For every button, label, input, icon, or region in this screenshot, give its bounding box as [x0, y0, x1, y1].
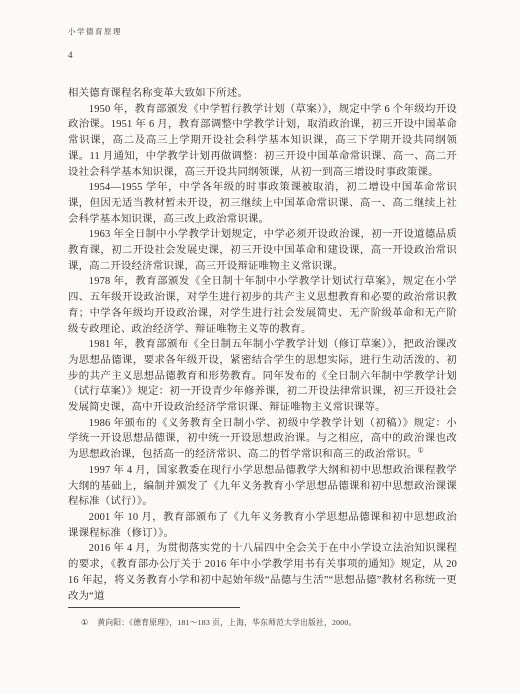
paragraph-2016: 2016 年 4 月，为贯彻落实党的十八届四中全会关于在中小学设立法治知识课程的…: [68, 541, 457, 604]
footnote-marker: ①: [81, 618, 88, 627]
paragraph-2001: 2001 年 10 月，教育部颁布了《九年义务教育小学思想品德课和初中思想政治课…: [68, 510, 457, 541]
paragraph-1986-text: 1986 年颁布的《义务教育全日制小学、初级中学教学计划（初稿）》规定：小学统一…: [68, 418, 457, 460]
footnote-area: ①黄向阳：《德育原理》，181～183 页，上海，华东师范大学出版社，2000。: [68, 607, 457, 628]
paragraph-1997: 1997 年 4 月，国家教委在现行小学思想品德教学大纲和初中思想政治课程教学大…: [68, 463, 457, 510]
paragraph-1978: 1978 年，教育部颁发《全日制十年制中小学教学计划试行草案》，规定在小学四、五…: [68, 274, 457, 337]
running-header: 小学德育原理: [68, 26, 456, 37]
paragraph-1981: 1981 年，教育部颁布《全日制五年制小学教学计划（修订草案）》，把政治课改为思…: [68, 337, 457, 416]
paragraph-1986: 1986 年颁布的《义务教育全日制小学、初级中学教学计划（初稿）》规定：小学统一…: [68, 416, 457, 463]
page-body: 相关德育课程名称变革大致如下所述。 1950 年，教育部颁发《中学暂行教学计划（…: [68, 86, 457, 604]
footnote-separator: [68, 607, 240, 608]
paragraph-1963: 1963 年全日制中小学教学计划规定，中学必须开设政治课，初一开设道德品质教育课…: [68, 227, 457, 274]
paragraph-1950: 1950 年，教育部颁发《中学暂行教学计划（草案）》，规定中学 6 个年级均开设…: [68, 102, 457, 181]
page-number: 4: [68, 50, 456, 60]
book-page: 小学德育原理 4 相关德育课程名称变革大致如下所述。 1950 年，教育部颁发《…: [0, 0, 520, 693]
paragraph-1954: 1954—1955 学年，中学各年级的时事政策课被取消，初二增设中国革命常识课，…: [68, 180, 457, 227]
footnote-ref: ①: [418, 447, 424, 455]
footnote: ①黄向阳：《德育原理》，181～183 页，上海，华东师范大学出版社，2000。: [68, 617, 457, 628]
paragraph-intro: 相关德育课程名称变革大致如下所述。: [68, 86, 457, 102]
footnote-text: 黄向阳：《德育原理》，181～183 页，上海，华东师范大学出版社，2000。: [97, 618, 356, 627]
